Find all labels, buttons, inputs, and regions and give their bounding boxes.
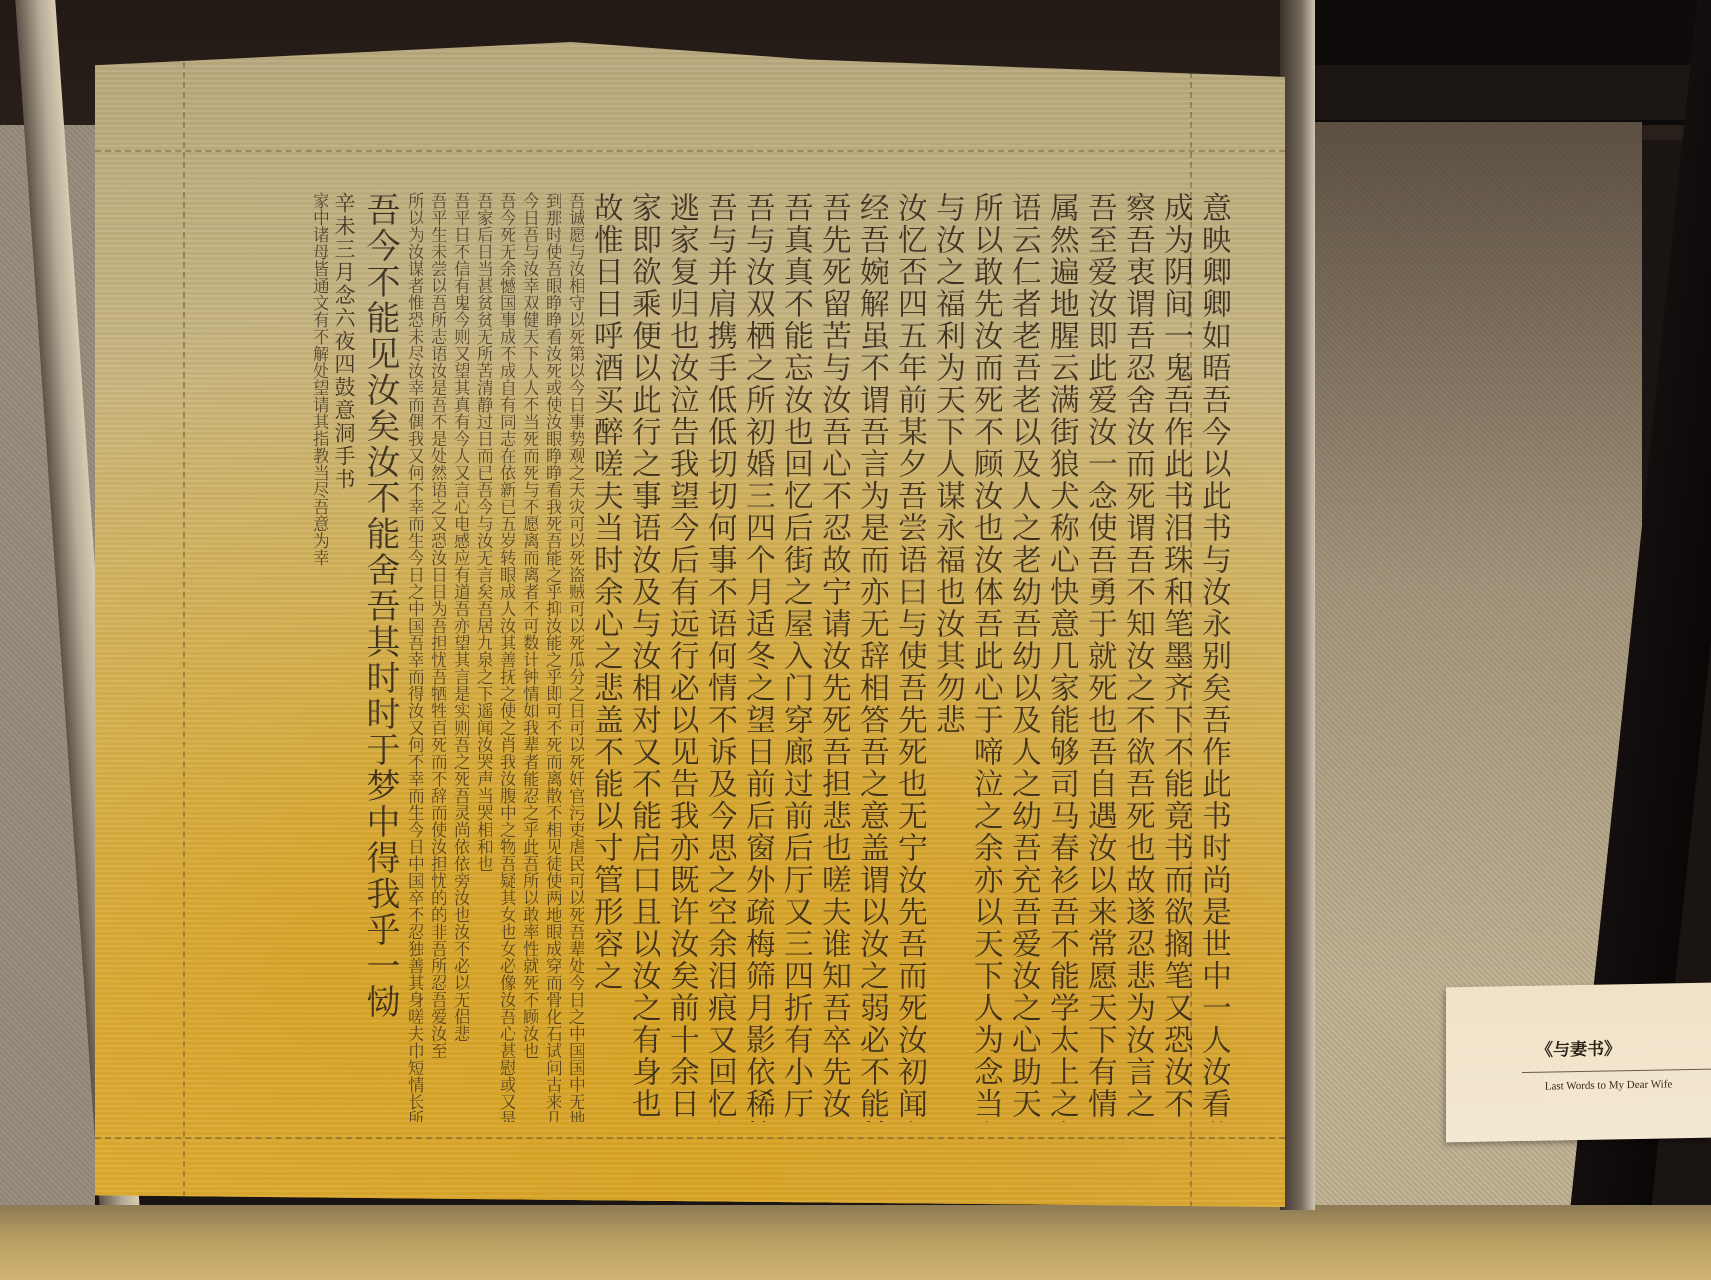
letter-column: 意映卿卿如晤吾今以此书与汝永别矣吾作此书时尚是世中一人汝看此书时吾已: [1196, 192, 1230, 1122]
hem-stitch-bottom: [95, 1137, 1285, 1139]
letter-column: 察吾衷谓吾忍舍汝而死谓吾不知汝之不欲吾死也故遂忍悲为汝言之: [1120, 192, 1154, 1122]
letter-signature: 辛未三月念六夜四鼓意洞手书: [332, 192, 356, 1122]
letter-column: 逃家复归也汝泣告我望今后有远行必以见告我亦既许汝矣前十余日回: [664, 192, 698, 1122]
exhibit-label-card: 《与妻书》 Last Words to My Dear Wife: [1446, 983, 1711, 1143]
letter-column: 吾今死无余憾国事成不成自有同志在依新已五岁转眼成人汝其善抚之使之肖我汝腹中之物吾…: [496, 192, 515, 1122]
letter-column: 吾真真不能忘汝也回忆后街之屋入门穿廊过前后厅又三四折有小厅厅旁一室为: [778, 192, 812, 1122]
letter-column: 属然遍地腥云满街狼犬称心快意几家能够司马春衫吾不能学太上之忘情也: [1044, 192, 1078, 1122]
letter-closing-column: 吾今不能见汝矣汝不能舍吾其时时于梦中得我乎一恸: [360, 192, 400, 1122]
hem-stitch-top: [95, 150, 1285, 152]
display-ledge: [0, 1205, 1711, 1280]
label-divider: [1522, 1069, 1711, 1073]
letter-postscript: 家中诸母皆通文有不解处望请其指教当尽吾意为幸: [309, 192, 328, 1122]
letter-column: 吾至爱汝即此爱汝一念使吾勇于就死也吾自遇汝以来常愿天下有情人都成眷: [1082, 192, 1116, 1122]
letter-column: 吾与并肩携手低低切切何事不语何情不诉及今思之空余泪痕又回忆六七年前吾之: [702, 192, 736, 1122]
hem-stitch-left: [183, 42, 185, 1207]
letter-column: 经吾婉解虽不谓吾言为是而亦无辞相答吾之意盖谓以汝之弱必不能禁失吾之悲: [854, 192, 888, 1122]
letter-column: 故惟日日呼酒买醉嗟夫当时余心之悲盖不能以寸管形容之: [588, 192, 622, 1122]
museum-scene: 意映卿卿如晤吾今以此书与汝永别矣吾作此书时尚是世中一人汝看此书时吾已 成为阴间一…: [0, 0, 1711, 1280]
label-title-english: Last Words to My Dear Wife: [1506, 1078, 1711, 1094]
letter-column: 吾家后日当甚贫贫无所苦清静过日而已吾今与汝无言矣吾居九泉之下遥闻汝哭声当哭相和也: [473, 192, 492, 1122]
letter-column: 吾平生未尝以吾所志语汝是吾不是处然语之又恐汝日日为吾担忧吾牺牲百死而不辞而使汝担…: [427, 192, 446, 1122]
letter-column: 所以为汝谋者惟恐未尽汝幸而偶我又何不幸而生今日之中国吾幸而得汝又何不幸而生今日中…: [404, 192, 423, 1122]
letter-column: 语云仁者老吾老以及人之老幼吾幼以及人之幼吾充吾爱汝之心助天下人爱其所爱: [1006, 192, 1040, 1122]
letter-column: 到那时使吾眼睁睁看汝死或使汝眼睁睁看我死吾能之乎抑汝能之乎即可不死而离散不相见徒…: [542, 192, 561, 1122]
letter-column: 汝忆否四五年前某夕吾尝语曰与使吾先死也无宁汝先吾而死汝初闻言而怒后: [892, 192, 926, 1122]
silk-letter: 意映卿卿如晤吾今以此书与汝永别矣吾作此书时尚是世中一人汝看此书时吾已 成为阴间一…: [95, 42, 1285, 1207]
label-title-chinese: 《与妻书》: [1446, 1033, 1711, 1063]
glass-edge-post: [1280, 0, 1315, 1210]
letter-text-columns: 意映卿卿如晤吾今以此书与汝永别矣吾作此书时尚是世中一人汝看此书时吾已 成为阴间一…: [220, 192, 1230, 1122]
case-top-band: [1310, 65, 1711, 120]
letter-column: 吾与汝双栖之所初婚三四个月适冬之望日前后窗外疏梅筛月影依稀掩映: [740, 192, 774, 1122]
letter-column: 吾平日不信有鬼今则又望其真有今人又言心电感应有道吾亦望其言是实则吾之死吾灵尚依依…: [450, 192, 469, 1122]
letter-column: 所以敢先汝而死不顾汝也汝体吾此心于啼泣之余亦以天下人为念当亦乐牺牲吾身: [968, 192, 1002, 1122]
hem-stitch-right: [1190, 42, 1192, 1207]
letter-column: 吾先死留苦与汝吾心不忍故宁请汝先死吾担悲也嗟夫谁知吾卒先汝而死乎: [816, 192, 850, 1122]
letter-column: 与汝之福利为天下人谋永福也汝其勿悲: [930, 192, 964, 1122]
letter-column: 家即欲乘便以此行之事语汝及与汝相对又不能启口且以汝之有身也更恐不胜悲: [626, 192, 660, 1122]
letter-column: 成为阴间一鬼吾作此书泪珠和笔墨齐下不能竟书而欲搁笔又恐汝不: [1158, 192, 1192, 1122]
letter-column: 吾诚愿与汝相守以死第以今日事势观之天灾可以死盗贼可以死瓜分之日可以死奸官污吏虐民…: [565, 192, 584, 1122]
letter-column: 今日吾与汝幸双健天下人人不当死而死与不愿离而离者不可数计钟情如我辈者能忍之乎此吾…: [519, 192, 538, 1122]
